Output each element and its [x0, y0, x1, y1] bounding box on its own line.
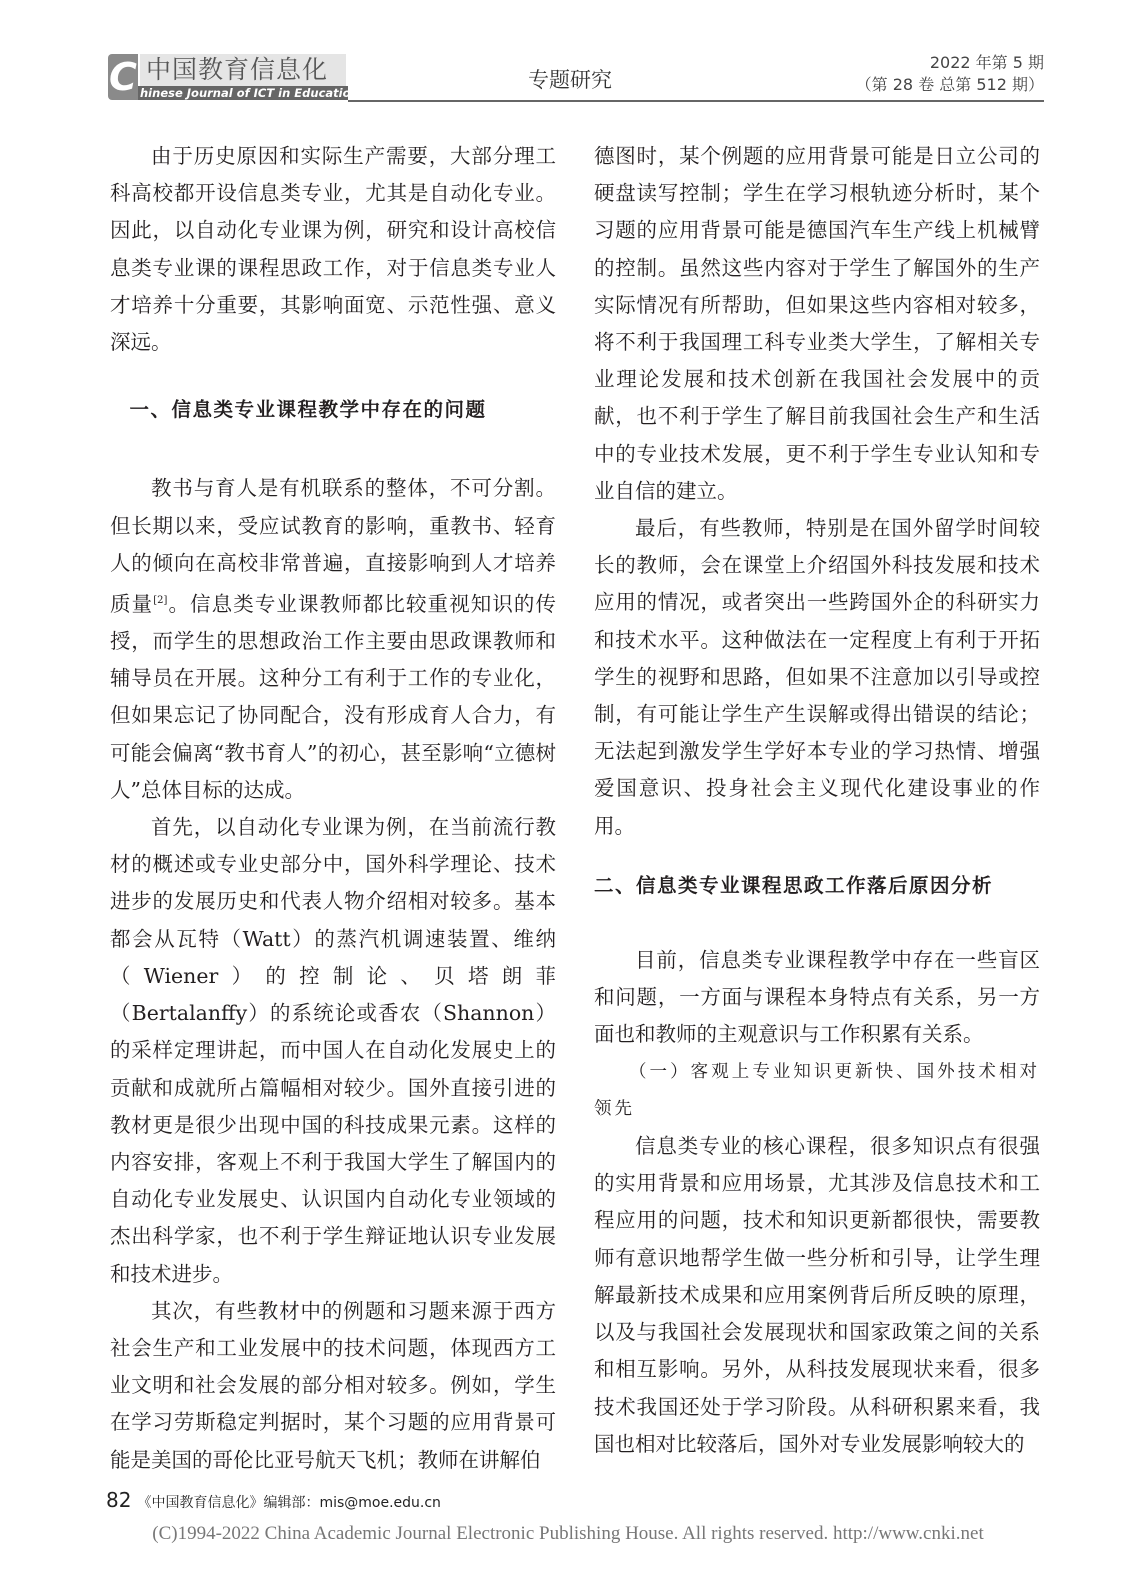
paragraph: 其次，有些教材中的例题和习题来源于西方社会生产和工业发展中的技术问题，体现西方工… — [110, 1293, 556, 1479]
editorial-contact: 《中国教育信息化》编辑部：mis@moe.edu.cn — [137, 1495, 440, 1511]
subsection-heading-1: （一）客观上专业知识更新快、国外技术相对领先 — [594, 1054, 1040, 1128]
section-title: 专题研究 — [528, 64, 612, 94]
section-heading-2: 二、信息类专业课程思政工作落后原因分析 — [594, 845, 1040, 942]
journal-title-en: hinese Journal of ICT in Education — [138, 86, 348, 100]
page-number: 82 — [106, 1488, 131, 1512]
paragraph: 由于历史原因和实际生产需要，大部分理工科高校都开设信息类专业，尤其是自动化专业。… — [110, 138, 556, 361]
journal-logo: C 中国教育信息化 hinese Journal of ICT in Educa… — [108, 54, 348, 100]
journal-title-cn: 中国教育信息化 — [140, 54, 346, 86]
page-header: C 中国教育信息化 hinese Journal of ICT in Educa… — [108, 52, 1044, 102]
left-column: 由于历史原因和实际生产需要，大部分理工科高校都开设信息类专业，尤其是自动化专业。… — [110, 138, 556, 1479]
paragraph: 目前，信息类专业课程教学中存在一些盲区和问题，一方面与课程本身特点有关系，另一方… — [594, 942, 1040, 1054]
paragraph: 信息类专业的核心课程，很多知识点有很强的实用背景和应用场景，尤其涉及信息技术和工… — [594, 1128, 1040, 1463]
header-divider — [348, 100, 1044, 102]
issue-line-2: （第 28 卷 总第 512 期） — [856, 74, 1044, 96]
logo-letter: C — [108, 54, 138, 100]
section-heading-1: 一、信息类专业课程教学中存在的问题 — [110, 361, 556, 470]
right-column: 德图时，某个例题的应用背景可能是日立公司的硬盘读写控制；学生在学习根轨迹分析时，… — [594, 138, 1040, 1463]
copyright-notice: (C)1994-2022 China Academic Journal Elec… — [0, 1523, 1136, 1545]
paragraph-text: 。信息类专业课教师都比较重视知识的传授，而学生的思想政治工作主要由思政课教师和辅… — [110, 592, 556, 802]
issue-info: 2022 年第 5 期 （第 28 卷 总第 512 期） — [856, 52, 1044, 96]
paragraph: 教书与育人是有机联系的整体，不可分割。但长期以来，受应试教育的影响，重教书、轻育… — [110, 470, 556, 809]
citation-ref[interactable]: [2] — [153, 595, 167, 606]
paragraph: 首先，以自动化专业课为例，在当前流行教材的概述或专业史部分中，国外科学理论、技术… — [110, 809, 556, 1293]
issue-line-1: 2022 年第 5 期 — [856, 52, 1044, 74]
paragraph: 最后，有些教师，特别是在国外留学时间较长的教师，会在课堂上介绍国外科技发展和技术… — [594, 510, 1040, 845]
paragraph: 德图时，某个例题的应用背景可能是日立公司的硬盘读写控制；学生在学习根轨迹分析时，… — [594, 138, 1040, 510]
page-footer: 82《中国教育信息化》编辑部：mis@moe.edu.cn — [106, 1488, 441, 1512]
